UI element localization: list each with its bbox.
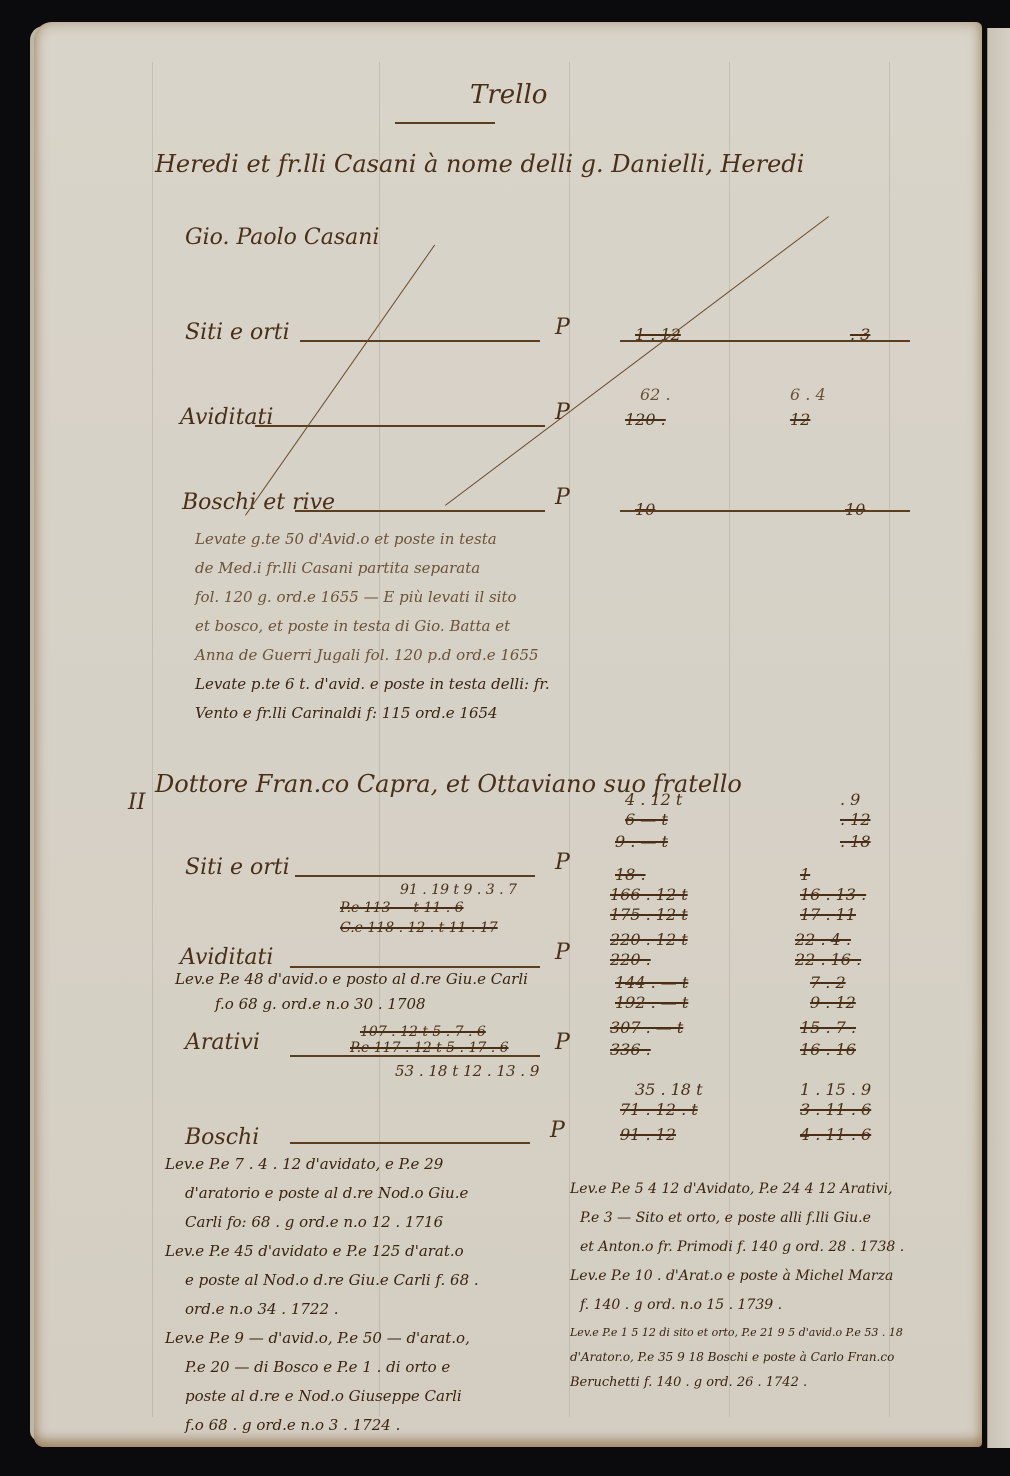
sub-value: C.e 118 . 12 . t 11 . 17 xyxy=(340,920,498,936)
sub-value: 107 . 12 t 5 . 7 . 6 xyxy=(360,1024,486,1040)
note-line: poste al d.re e Nod.o Giuseppe Carli xyxy=(165,1382,575,1411)
ledger-cell: 1 xyxy=(800,865,810,884)
note-line: d'Arator.o, P.e 35 9 18 Boschi e poste à… xyxy=(570,1345,990,1370)
ledger-cell: 91 . 12 xyxy=(620,1125,676,1144)
ledger-cell: 220 . xyxy=(610,950,651,969)
note-line: P.e 3 — Sito et orto, e poste alli f.lli… xyxy=(570,1204,990,1233)
ledger-cell: 307 . — t xyxy=(610,1018,683,1037)
section1-subheader: Gio. Paolo Casani xyxy=(185,225,379,250)
ledger-cell: 4 . 11 . 6 xyxy=(800,1125,871,1144)
ledger-cell: 220 . 12 t xyxy=(610,930,688,949)
ledger-cell: 22 . 16 . xyxy=(795,950,861,969)
note-line: Lev.e P.e 10 . d'Arat.o e poste à Michel… xyxy=(570,1262,990,1291)
ledger-cell: 16 . 13 . xyxy=(800,885,866,904)
row-mark: P xyxy=(555,485,570,510)
note-line: f.o 68 g. ord.e n.o 30 . 1708 xyxy=(215,990,426,1019)
margin-mark: II xyxy=(128,790,145,815)
leader-line xyxy=(300,340,540,342)
ledger-cell: 6 — t xyxy=(625,810,668,829)
ledger-cell: . 9 xyxy=(840,790,860,809)
section1-header: Heredi et fr.lli Casani à nome delli g. … xyxy=(155,150,804,178)
ledger-cell: 35 . 18 t xyxy=(635,1080,703,1099)
ledger-cell: 175 . 12 t xyxy=(610,905,688,924)
row-mark: P xyxy=(555,315,570,340)
section1-notes: Levate g.te 50 d'Avid.o et poste in test… xyxy=(195,525,575,728)
row-mark: P xyxy=(555,940,570,965)
sub-value: 53 . 18 t 12 . 13 . 9 xyxy=(395,1062,539,1080)
row-label: Arativi xyxy=(185,1030,260,1055)
note-line: d'aratorio e poste al d.re Nod.o Giu.e xyxy=(165,1179,575,1208)
section2-notes-right: Lev.e P.e 5 4 12 d'Avidato, P.e 24 4 12 … xyxy=(570,1175,990,1395)
note-line: Lev.e P.e 45 d'avidato e P.e 125 d'arat.… xyxy=(165,1237,575,1266)
note-line: Lev.e P.e 5 4 12 d'Avidato, P.e 24 4 12 … xyxy=(570,1175,990,1204)
note-line: Carli fo: 68 . g ord.e n.o 12 . 1716 xyxy=(165,1208,575,1237)
note-line: de Med.i fr.lli Casani partita separata xyxy=(195,554,575,583)
ledger-cell: . 12 xyxy=(840,810,871,829)
note-line: e poste al Nod.o d.re Giu.e Carli f. 68 … xyxy=(165,1266,575,1295)
ledger-cell: 166 . 12 t xyxy=(610,885,688,904)
ledger-cell: 192 . — t xyxy=(615,993,688,1012)
note-line: Levate p.te 6 t. d'avid. e poste in test… xyxy=(195,670,575,699)
row-label: Boschi xyxy=(185,1125,259,1150)
note-line: ord.e n.o 34 . 1722 . xyxy=(165,1295,575,1324)
ledger-cell: 7 . 2 xyxy=(810,973,846,992)
row-mark: P xyxy=(555,850,570,875)
ledger-cell: 9 . — t xyxy=(615,832,668,851)
ledger-cell: 18 . xyxy=(615,865,646,884)
strike-line xyxy=(620,510,910,512)
adjacent-page-edge xyxy=(987,28,1010,1448)
leader-line xyxy=(290,1142,530,1144)
row-label: Siti e orti xyxy=(185,320,290,345)
ledger-value: 120 . xyxy=(625,410,666,429)
note-line: et Anton.o fr. Primodi f. 140 g ord. 28 … xyxy=(570,1233,990,1262)
note-line: f.o 68 . g ord.e n.o 3 . 1724 . xyxy=(165,1411,575,1440)
note-line: f. 140 . g ord. n.o 15 . 1739 . xyxy=(570,1291,990,1320)
page-title: Trello xyxy=(470,80,547,110)
note-line: et bosco, et poste in testa di Gio. Batt… xyxy=(195,612,575,641)
note-line: Levate g.te 50 d'Avid.o et poste in test… xyxy=(195,525,575,554)
note-line: fol. 120 g. ord.e 1655 — E più levati il… xyxy=(195,583,575,612)
ledger-cell: 1 . 15 . 9 xyxy=(800,1080,871,1099)
note-line: P.e 20 — di Bosco e P.e 1 . di orto e xyxy=(165,1353,575,1382)
ledger-cell: 3 . 11 . 6 xyxy=(800,1100,871,1119)
ledger-cell: . 18 xyxy=(840,832,871,851)
ruled-line xyxy=(152,62,153,1417)
ledger-cell: 9 . 12 xyxy=(810,993,856,1012)
sub-value: 91 . 19 t 9 . 3 . 7 xyxy=(400,882,517,898)
ledger-value: 12 xyxy=(790,410,810,429)
ledger-cell: 336 . xyxy=(610,1040,651,1059)
note-line: Lev.e P.e 1 5 12 di sito et orto, P.e 21… xyxy=(570,1320,990,1345)
sub-value: P.e 117 . 12 t 5 . 17 . 6 xyxy=(350,1040,509,1056)
row-mark: P xyxy=(550,1118,565,1143)
ledger-cell: 4 . 12 t xyxy=(625,790,682,809)
note-line: Lev.e P.e 7 . 4 . 12 d'avidato, e P.e 29 xyxy=(165,1150,575,1179)
row-label: Siti e orti xyxy=(185,855,290,880)
sub-value: P.e 113 — t 11 . 6 xyxy=(340,900,464,916)
ledger-cell: 17 . 11 xyxy=(800,905,856,924)
leader-line xyxy=(295,510,545,512)
leader-line xyxy=(255,425,545,427)
leader-line xyxy=(295,875,535,877)
row-mark: P xyxy=(555,1030,570,1055)
ledger-cell: 22 . 4 . xyxy=(795,930,851,949)
note-line: Anna de Guerri Jugali fol. 120 p.d ord.e… xyxy=(195,641,575,670)
ledger-value-above: 62 . xyxy=(640,385,671,404)
ledger-cell: 15 . 7 . xyxy=(800,1018,856,1037)
note-line: Vento e fr.lli Carinaldi f: 115 ord.e 16… xyxy=(195,699,575,728)
ledger-cell: 71 . 12 . t xyxy=(620,1100,698,1119)
ledger-cell: 144 . — t xyxy=(615,973,688,992)
note-line: Beruchetti f. 140 . g ord. 26 . 1742 . xyxy=(570,1370,990,1395)
section2-notes-left: Lev.e P.e 7 . 4 . 12 d'avidato, e P.e 29… xyxy=(165,1150,575,1440)
note-line: Lev.e P.e 9 — d'avid.o, P.e 50 — d'arat.… xyxy=(165,1324,575,1353)
title-underline xyxy=(395,122,495,124)
ledger-cell: 16 . 16 xyxy=(800,1040,856,1059)
ledger-value-above: 6 . 4 xyxy=(790,385,826,404)
